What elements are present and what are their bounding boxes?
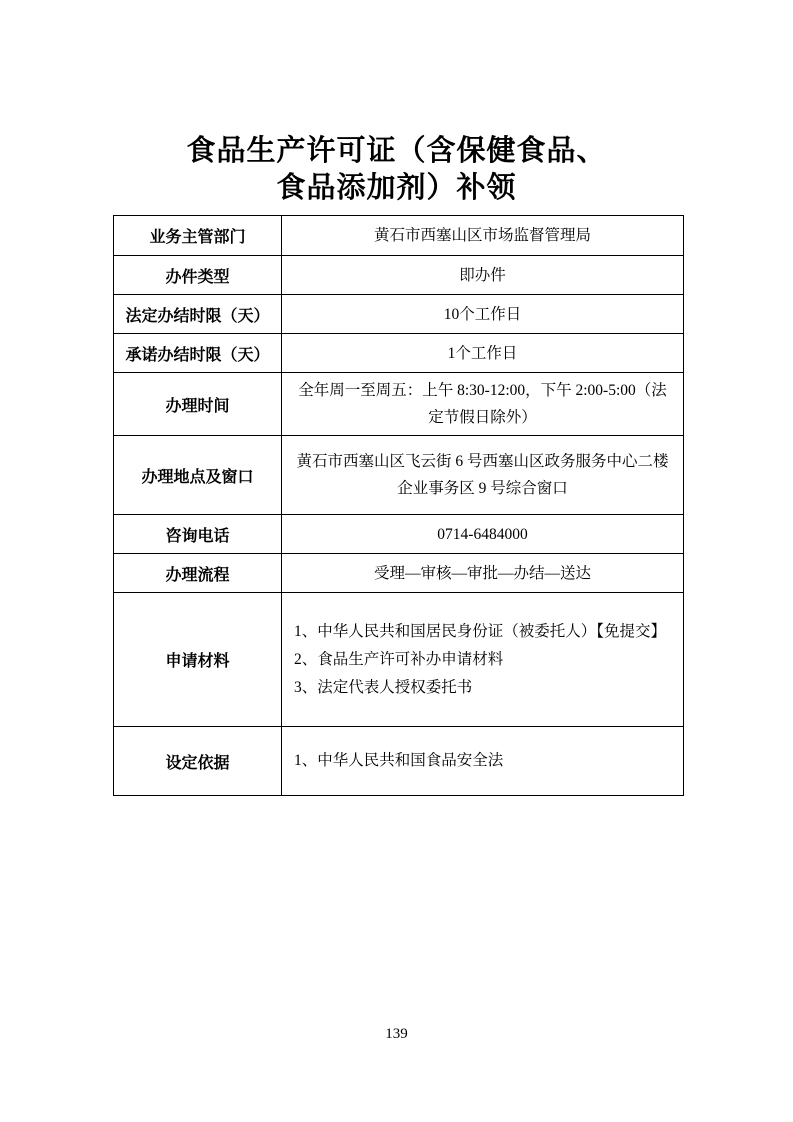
value-line: 3、法定代表人授权委托书: [294, 674, 675, 702]
row-label: 法定办结时限（天）: [114, 295, 282, 334]
table-row: 办理地点及窗口黄石市西塞山区飞云街 6 号西塞山区政务服务中心二楼企业事务区 9…: [114, 436, 684, 515]
table-row: 办理时间全年周一至周五：上午 8:30-12:00，下午 2:00-5:00（法…: [114, 373, 684, 436]
value-line: 1、中华人民共和国食品安全法: [294, 747, 675, 775]
info-table-body: 业务主管部门黄石市西塞山区市场监督管理局办件类型即办件法定办结时限（天）10个工…: [114, 216, 684, 796]
document-title: 食品生产许可证（含保健食品、 食品添加剂）补领: [0, 133, 793, 207]
row-label: 办理时间: [114, 373, 282, 436]
row-label: 申请材料: [114, 593, 282, 727]
document-page: 食品生产许可证（含保健食品、 食品添加剂）补领 业务主管部门黄石市西塞山区市场监…: [0, 0, 793, 1122]
table-row: 办理流程受理—审核—审批—办结—送达: [114, 554, 684, 593]
document-title-line-1: 食品生产许可证（含保健食品、: [0, 133, 793, 170]
row-label: 咨询电话: [114, 515, 282, 554]
row-value: 黄石市西塞山区市场监督管理局: [282, 216, 684, 256]
row-label: 办理地点及窗口: [114, 436, 282, 515]
service-info-table: 业务主管部门黄石市西塞山区市场监督管理局办件类型即办件法定办结时限（天）10个工…: [113, 215, 684, 796]
row-value: 黄石市西塞山区飞云街 6 号西塞山区政务服务中心二楼企业事务区 9 号综合窗口: [282, 436, 684, 515]
table-row: 咨询电话0714-6484000: [114, 515, 684, 554]
row-value: 受理—审核—审批—办结—送达: [282, 554, 684, 593]
row-label: 办件类型: [114, 256, 282, 295]
row-label: 业务主管部门: [114, 216, 282, 256]
table-row: 承诺办结时限（天）1个工作日: [114, 334, 684, 373]
row-value: 0714-6484000: [282, 515, 684, 554]
row-value: 全年周一至周五：上午 8:30-12:00，下午 2:00-5:00（法定节假日…: [282, 373, 684, 436]
row-value: 1、中华人民共和国居民身份证（被委托人）【免提交】2、食品生产许可补办申请材料3…: [282, 593, 684, 727]
value-line: 1、中华人民共和国居民身份证（被委托人）【免提交】: [294, 618, 675, 646]
table-row: 办件类型即办件: [114, 256, 684, 295]
table-row: 设定依据1、中华人民共和国食品安全法: [114, 727, 684, 796]
row-value: 10个工作日: [282, 295, 684, 334]
row-label: 设定依据: [114, 727, 282, 796]
document-title-line-2: 食品添加剂）补领: [0, 170, 793, 207]
table-row: 法定办结时限（天）10个工作日: [114, 295, 684, 334]
row-value: 1个工作日: [282, 334, 684, 373]
page-number: 139: [0, 1026, 793, 1043]
row-label: 承诺办结时限（天）: [114, 334, 282, 373]
table-row: 申请材料1、中华人民共和国居民身份证（被委托人）【免提交】2、食品生产许可补办申…: [114, 593, 684, 727]
value-line: 2、食品生产许可补办申请材料: [294, 646, 675, 674]
row-value: 1、中华人民共和国食品安全法: [282, 727, 684, 796]
table-row: 业务主管部门黄石市西塞山区市场监督管理局: [114, 216, 684, 256]
row-value: 即办件: [282, 256, 684, 295]
row-label: 办理流程: [114, 554, 282, 593]
